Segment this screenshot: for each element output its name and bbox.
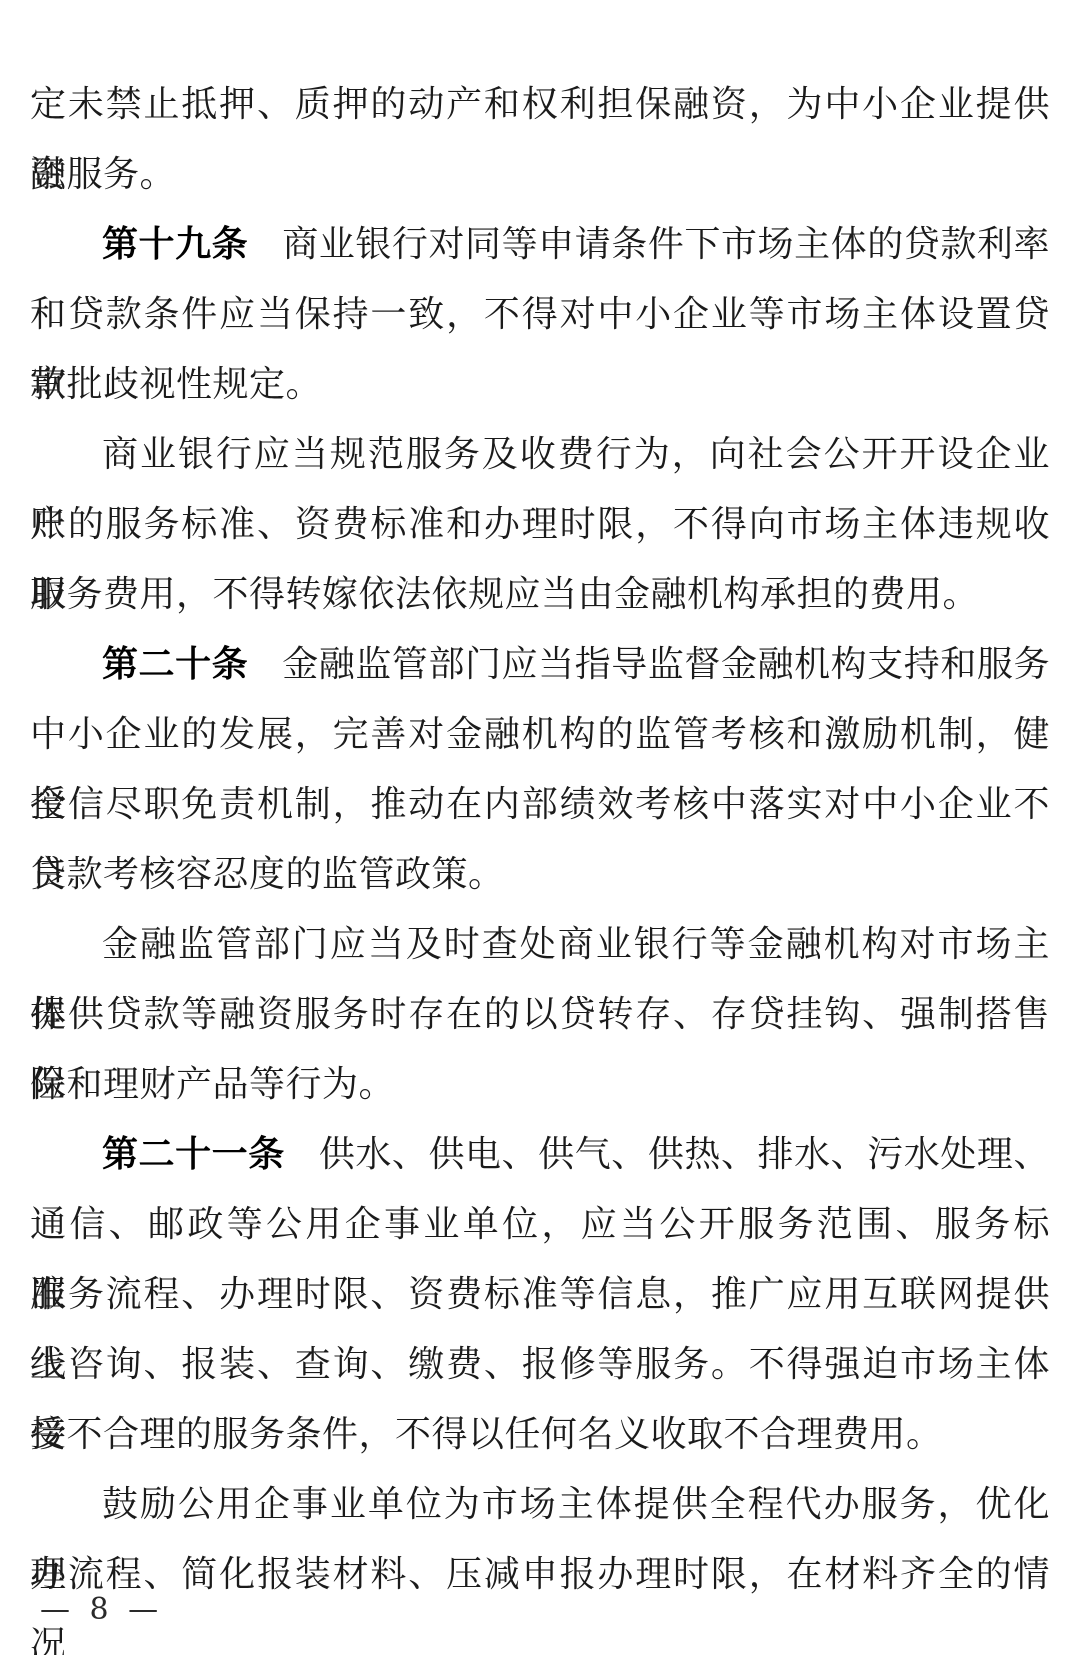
text-line: 商业银行应当规范服务及收费行为，向社会公开开设企业账 [30,420,1050,490]
page-number: — 8 — [40,1592,163,1627]
text-line: 审批歧视性规定。 [30,350,1050,420]
document-body: 定未禁止抵押、质押的动产和权利担保融资，为中小企业提供融 资服务。 第十九条商业… [30,70,1050,1610]
text-line: 理流程、简化报装材料、压减申报办理时限，在材料齐全的情况 [30,1540,1050,1610]
text-line: 资服务。 [30,140,1050,210]
document-page: 定未禁止抵押、质押的动产和权利担保融资，为中小企业提供融 资服务。 第十九条商业… [0,0,1080,1655]
text-line-article-20: 第二十条金融监管部门应当指导监督金融机构支持和服务 [30,630,1050,700]
text-line: 和贷款条件应当保持一致，不得对中小企业等市场主体设置贷款 [30,280,1050,350]
text-line: 鼓励公用企事业单位为市场主体提供全程代办服务，优化办 [30,1470,1050,1540]
text-line: 定未禁止抵押、质押的动产和权利担保融资，为中小企业提供融 [30,70,1050,140]
text-line: 中小企业的发展，完善对金融机构的监管考核和激励机制，健全 [30,700,1050,770]
text-line: 通信、邮政等公用企事业单位，应当公开服务范围、服务标准、 [30,1190,1050,1260]
text-line: 受不合理的服务条件，不得以任何名义收取不合理费用。 [30,1400,1050,1470]
text-line: 服务流程、办理时限、资费标准等信息，推广应用互联网提供线 [30,1260,1050,1330]
text-line: 险和理财产品等行为。 [30,1050,1050,1120]
text-line-article-21: 第二十一条供水、供电、供气、供热、排水、污水处理、 [30,1120,1050,1190]
text-line: 上咨询、报装、查询、缴费、报修等服务。不得强迫市场主体接 [30,1330,1050,1400]
text-line: 贷款考核容忍度的监管政策。 [30,840,1050,910]
text-line: 金融监管部门应当及时查处商业银行等金融机构对市场主体 [30,910,1050,980]
article-text: 供水、供电、供气、供热、排水、污水处理、 [319,1134,1050,1175]
text-line: 授信尽职免责机制，推动在内部绩效考核中落实对中小企业不良 [30,770,1050,840]
text-line-article-19: 第十九条商业银行对同等申请条件下市场主体的贷款利率 [30,210,1050,280]
article-number: 第二十条 [102,644,248,685]
text-line: 提供贷款等融资服务时存在的以贷转存、存贷挂钩、强制搭售保 [30,980,1050,1050]
article-number: 第二十一条 [102,1134,285,1175]
article-text: 金融监管部门应当指导监督金融机构支持和服务 [282,644,1050,685]
article-text: 商业银行对同等申请条件下市场主体的贷款利率 [282,224,1050,265]
text-line: 户的服务标准、资费标准和办理时限，不得向市场主体违规收取 [30,490,1050,560]
text-line: 服务费用，不得转嫁依法依规应当由金融机构承担的费用。 [30,560,1050,630]
article-number: 第十九条 [102,224,248,265]
